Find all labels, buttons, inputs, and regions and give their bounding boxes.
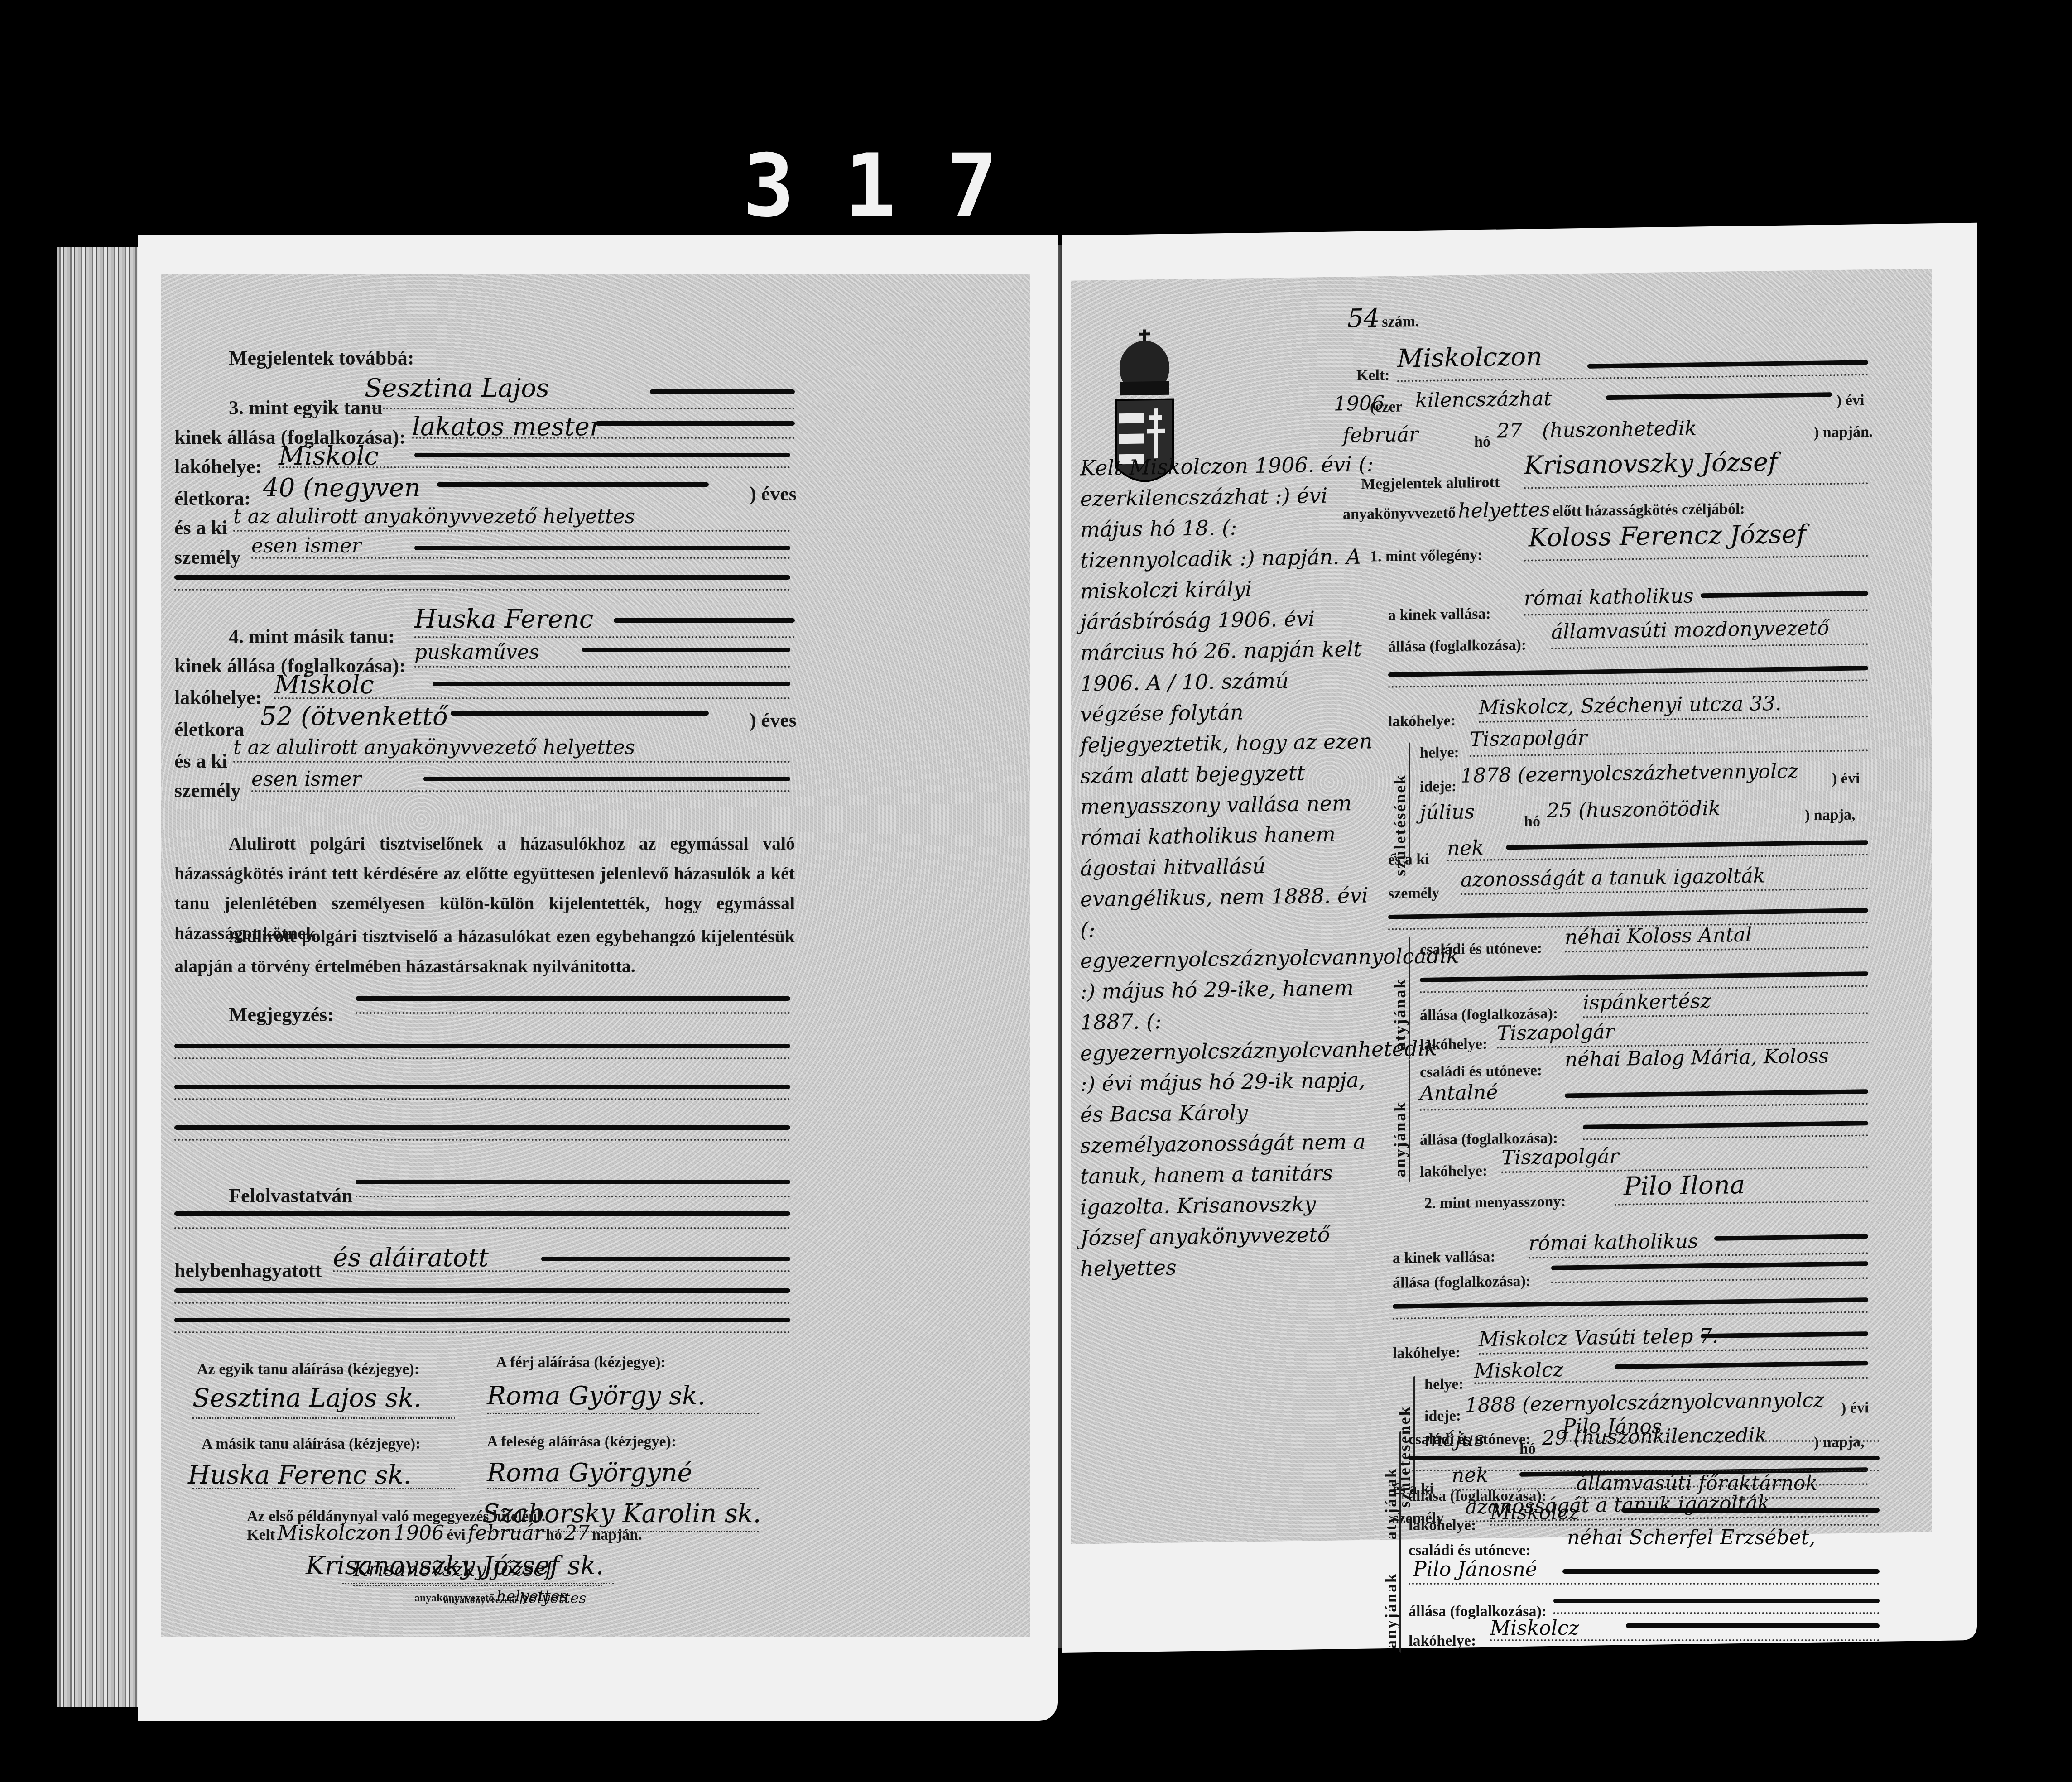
bride-father-group-label: atyjának: [1381, 1449, 1400, 1540]
record-day: 27: [1497, 419, 1522, 443]
bride-father-occupation: államvasúti főraktárnok: [1576, 1472, 1817, 1495]
bride-mother-group-label: anyjának: [1381, 1553, 1400, 1648]
bride-religion: római katholikus: [1529, 1230, 1698, 1255]
appeared-further-label: Megjelentek továbbá:: [229, 346, 414, 370]
witness3-residence-label: lakóhelye:: [174, 455, 262, 478]
groom-person: azonosságát a tanuk igazolták: [1461, 864, 1765, 891]
witness4-occupation: puskaműves: [414, 641, 539, 664]
groom-label: 1. mint vőlegény:: [1370, 547, 1482, 565]
book-page-edges: [57, 247, 143, 1707]
bride-parents-section: atyjának családi és utóneve: Pilo János …: [1381, 1404, 1925, 1657]
certification-month: február: [468, 1522, 543, 1545]
witness3-who: t az alulirott anyakönyvvezető helyettes: [233, 505, 635, 528]
approved-value: és aláiratott: [333, 1243, 489, 1273]
bride-name: Pilo Ilona: [1624, 1170, 1745, 1201]
groom-name: Koloss Ferencz József: [1529, 519, 1806, 553]
record-day-words: (huszonhetedik: [1542, 417, 1697, 442]
witness4-who-label: és a ki: [174, 749, 227, 773]
approved-label: helybenhagyatott: [174, 1259, 322, 1282]
groom-mother-group-label: anyjának: [1390, 1064, 1409, 1177]
witness3-label: 3. mint egyik tanu: [229, 396, 383, 419]
declaration-paragraph-2: Alulirott polgári tisztviselő a házasuló…: [174, 922, 795, 981]
witness3-name: Sesztina Lajos: [365, 374, 549, 403]
groom-residence: Miskolcz, Széchenyi utcza 33.: [1479, 692, 1781, 719]
left-page: Megjelentek továbbá: 3. mint egyik tanu …: [138, 235, 1058, 1721]
margin-annotation: Kelt Miskolczon 1906. évi (: ezerkilencs…: [1080, 448, 1375, 1284]
appeared-label: Megjelentek alulirott: [1361, 474, 1500, 493]
witness2-signature-label: A másik tanu aláírása (kézjegye):: [202, 1436, 421, 1453]
certification-registrar-title: anyakönyvvezető helyettes: [444, 1590, 586, 1607]
bride-birth-place: Miskolcz: [1474, 1359, 1563, 1383]
bride-mother-name-2: Pilo Jánosné: [1413, 1558, 1537, 1581]
groom-mother-name: néhai Balog Mária, Koloss: [1565, 1044, 1829, 1071]
witness4-label: 4. mint másik tanu:: [229, 625, 395, 648]
witness4-person-label: személy: [174, 779, 241, 802]
witness3-person-label: személy: [174, 546, 241, 569]
certification-day: 27: [564, 1522, 590, 1545]
husband-signature-label: A férj aláírása (kézjegye):: [496, 1354, 666, 1371]
groom-occupation: államvasúti mozdonyvezető: [1551, 616, 1829, 644]
certification-signature: Krisanovszky József: [353, 1558, 553, 1581]
bride-mother-name: néhai Scherfel Erzsébet,: [1567, 1526, 1815, 1549]
bride-residence: Miskolcz Vasúti telep 7.: [1479, 1325, 1718, 1351]
groom-father-name: néhai Koloss Antal: [1565, 923, 1752, 949]
bride-mother-residence: Miskolcz: [1490, 1617, 1579, 1640]
witness3-who-label: és a ki: [174, 516, 227, 539]
husband-signature: Roma György sk.: [487, 1381, 706, 1411]
groom-birth-place: Tiszapolgár: [1470, 726, 1587, 751]
bride-father-residence: Miskolcz: [1490, 1501, 1579, 1524]
bride-label: 2. mint menyasszony:: [1424, 1193, 1566, 1212]
registrar-name: Krisanovszky József: [1524, 447, 1778, 480]
groom-father-group-label: atyjának: [1390, 941, 1409, 1051]
witness2-signature: Huska Ferenc sk.: [188, 1460, 411, 1490]
groom-father-occupation: ispánkertész: [1583, 989, 1711, 1014]
witness1-signature-label: Az egyik tanu aláírása (kézjegye):: [197, 1361, 419, 1378]
entry-number: 54 szám.: [1347, 303, 1419, 333]
certification-place: Miskolczon: [277, 1522, 391, 1545]
place-of-record: Miskolczon: [1397, 342, 1542, 373]
witness4-residence-label: lakóhelye:: [174, 686, 262, 709]
witness3-person: esen ismer: [251, 534, 361, 557]
bride-father-name: Pilo János: [1562, 1415, 1662, 1438]
remarks-label: Megjegyzés:: [229, 1003, 334, 1026]
left-page-print-area: Megjelentek továbbá: 3. mint egyik tanu …: [161, 274, 1030, 1637]
witness4-age: 52 (ötvenkettő: [260, 702, 448, 731]
witness4-person: esen ismer: [251, 768, 361, 791]
record-month: február: [1343, 423, 1418, 447]
read-aloud-label: Felolvastatván: [229, 1184, 353, 1207]
wife-signature-label: A feleség aláírása (kézjegye):: [487, 1433, 676, 1451]
witness3-age: 40 (negyven: [263, 473, 420, 503]
groom-mother-name-2: Antalné: [1420, 1081, 1498, 1105]
right-page-print-area: 54 szám. Kelt: Miskolczon 1906 (ezer kil…: [1071, 269, 1932, 1544]
certification-date-line: Kelt Miskolczon 1906 évi február hó 27 n…: [247, 1522, 642, 1545]
groom-religion: római katholikus: [1524, 585, 1694, 610]
groom-father-residence: Tiszapolgár: [1497, 1020, 1615, 1045]
groom-mother-residence: Tiszapolgár: [1501, 1145, 1619, 1170]
wife-signature-line1: Roma Györgyné: [487, 1458, 692, 1488]
witness4-name: Huska Ferenc: [414, 605, 593, 634]
record-year-words: kilencszázhat: [1415, 387, 1552, 412]
microfilm-frame-number: 317: [743, 136, 1048, 236]
groom-birth-day: 25 (huszonötödik: [1547, 797, 1721, 822]
witness1-signature: Sesztina Lajos sk.: [192, 1383, 422, 1413]
groom-birth-month: július: [1420, 800, 1475, 824]
certification-year: 1906: [394, 1522, 444, 1545]
groom-who: nek: [1447, 836, 1484, 860]
witness4-who: t az alulirott anyakönyvvezető helyettes: [233, 736, 635, 759]
groom-birth-year: 1878 (ezernyolcszázhetvennyolcz: [1461, 759, 1798, 787]
witness4-residence: Miskolc: [274, 670, 374, 700]
